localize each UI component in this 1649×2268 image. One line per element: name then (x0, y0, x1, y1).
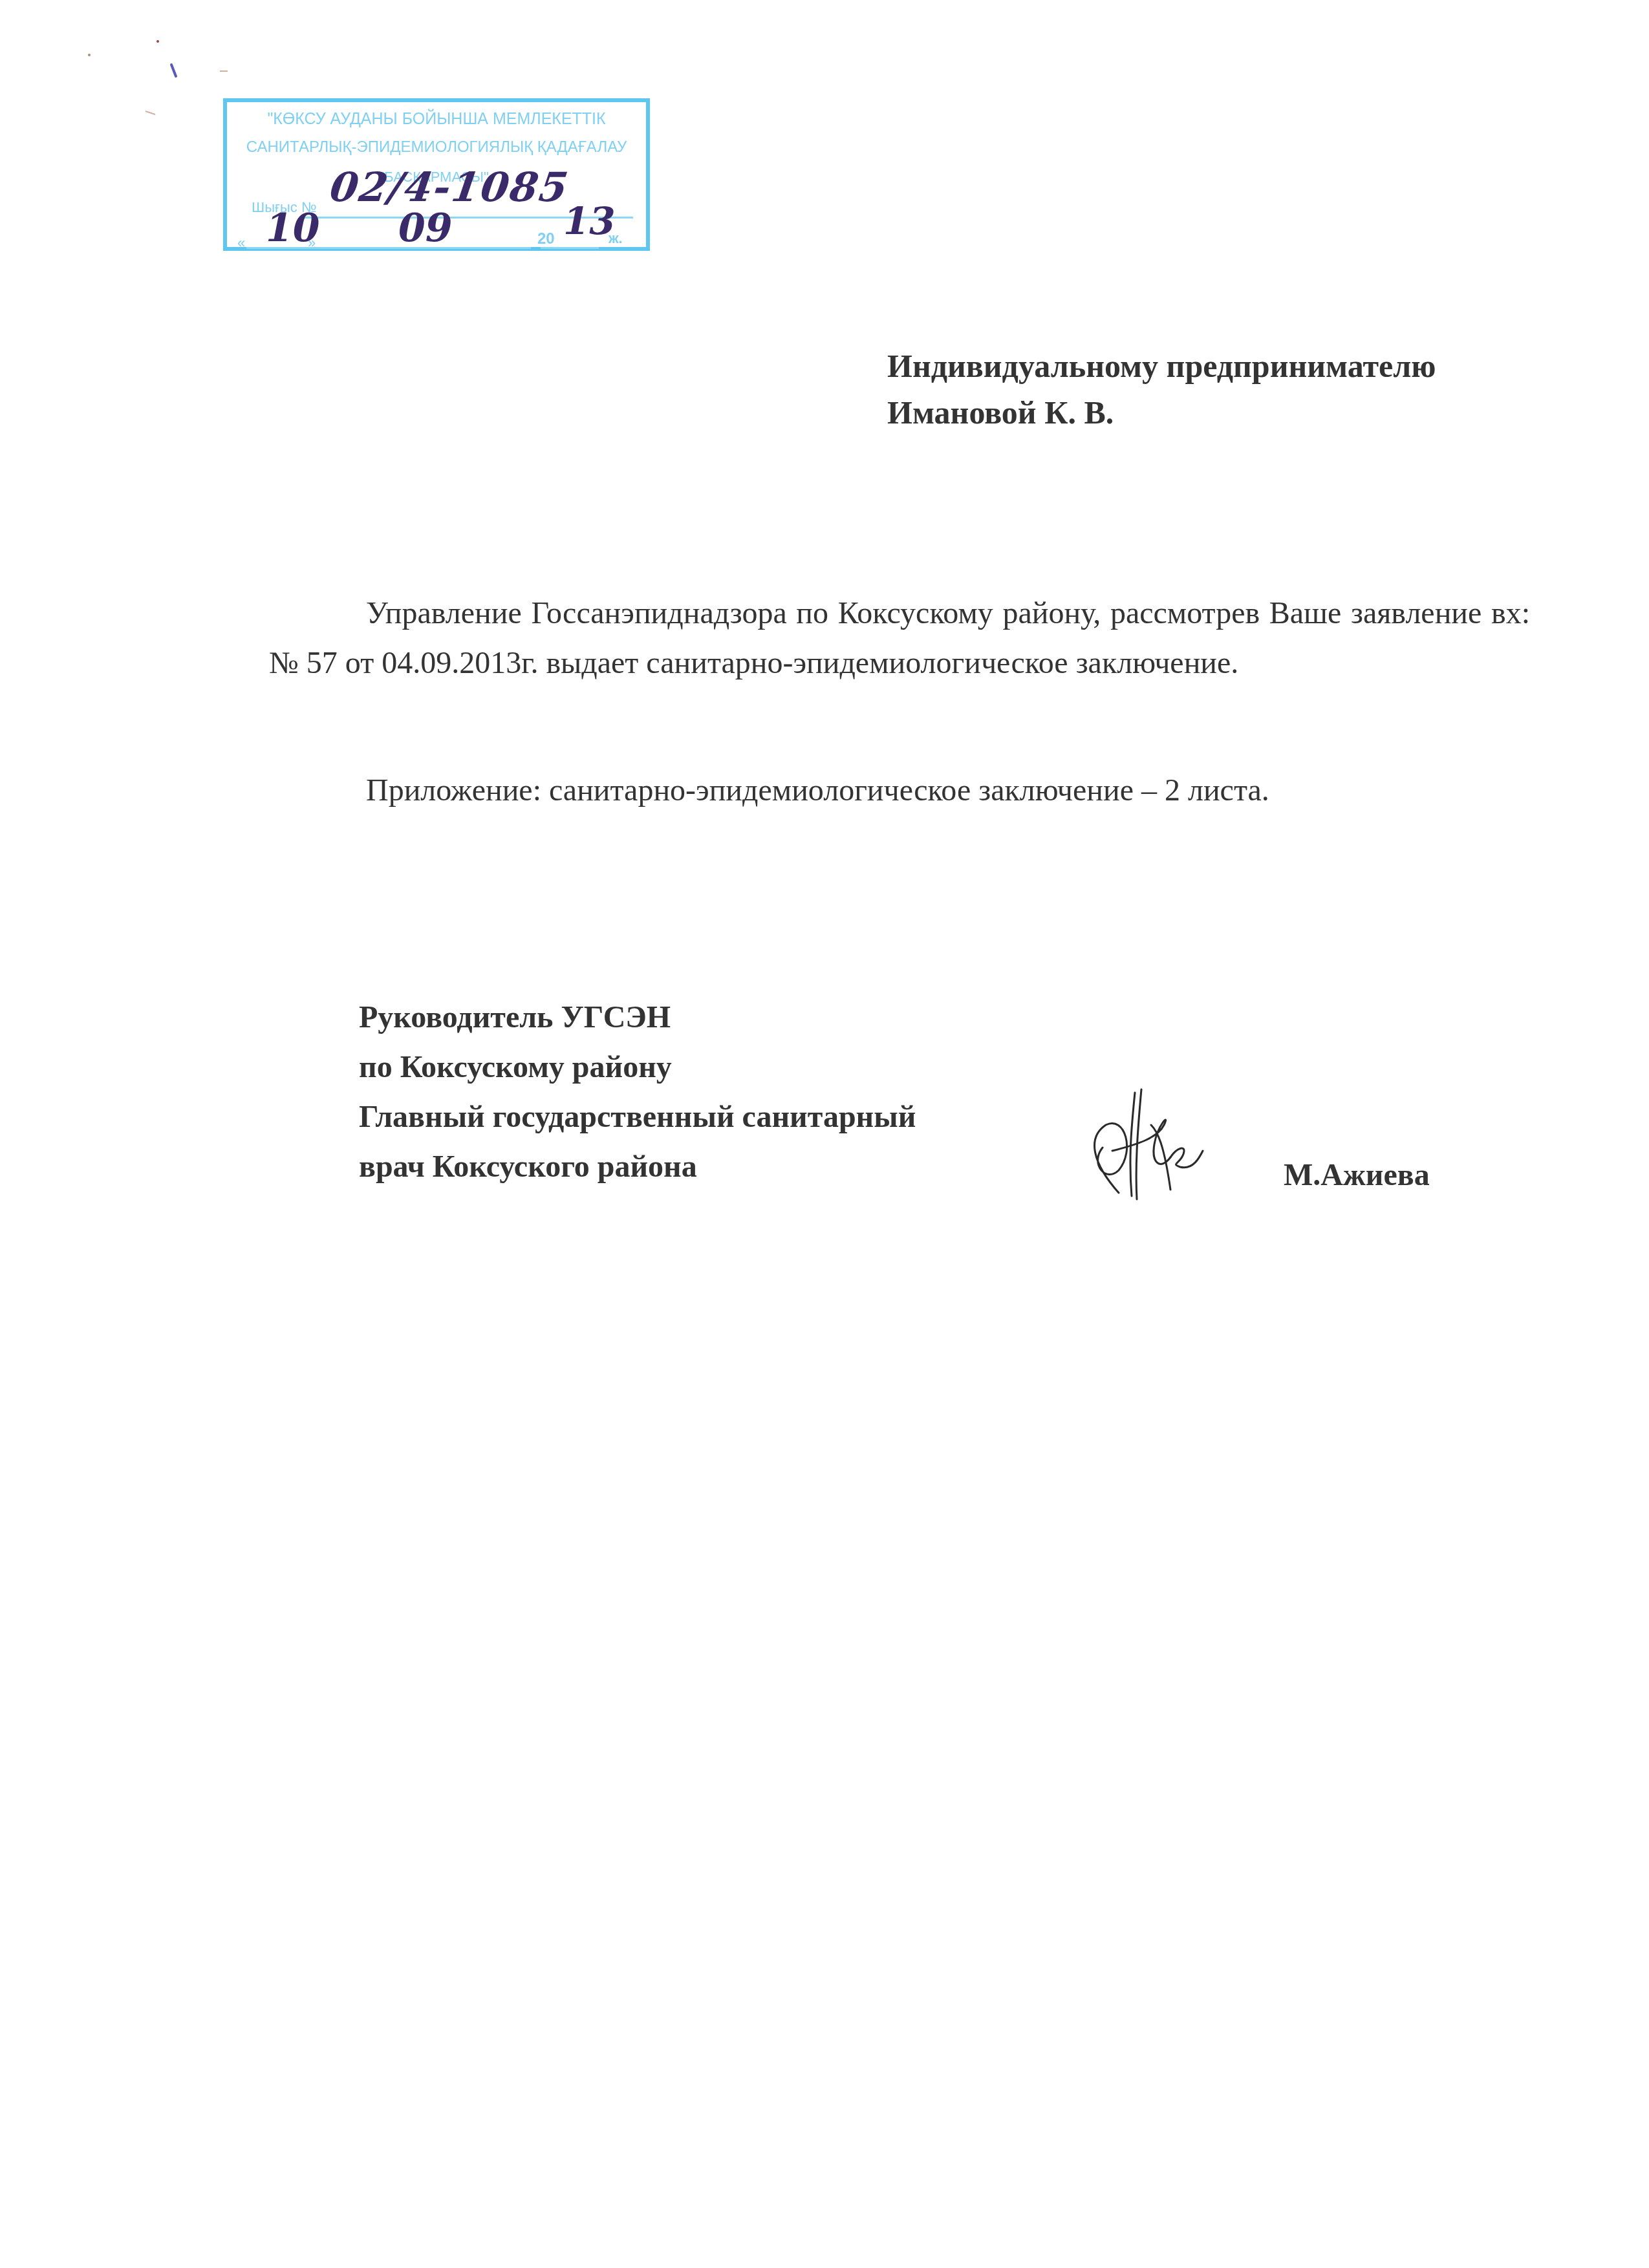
signatory-block: Руководитель УГСЭН по Коксускому району … (359, 992, 916, 1192)
signer-name: М.Ажиева (1284, 1157, 1430, 1193)
handwritten-month: 09 (398, 206, 453, 251)
addressee-title: Индивидуальному предпринимателю (887, 343, 1436, 389)
stamp-date-underline (246, 247, 531, 249)
stamp-org-line-1: "КӨКСУ АУДАНЫ БОЙЫНША МЕМЛЕКЕТТІК (227, 110, 646, 129)
addressee-name: Имановой К. В. (887, 389, 1436, 436)
signatory-line-4: врач Коксуского района (359, 1142, 916, 1192)
addressee-block: Индивидуальному предпринимателю Имановой… (887, 343, 1436, 436)
handwritten-reg-number: 02/4-1085 (327, 164, 572, 211)
handwritten-signature-icon (1073, 1086, 1222, 1209)
signatory-line-1: Руководитель УГСЭН (359, 992, 916, 1042)
stamp-quote-open: « (237, 235, 245, 251)
stamp-year-prefix: 20 (537, 230, 555, 248)
body-paragraph: Управление Госсанэпиднадзора по Коксуско… (269, 588, 1530, 688)
signatory-line-3: Главный государственный санитарный (359, 1092, 916, 1142)
letter-body: Управление Госсанэпиднадзора по Коксуско… (269, 588, 1530, 688)
stamp-org-line-2: САНИТАРЛЫҚ-ЭПИДЕМИОЛОГИЯЛЫҚ ҚАДАҒАЛАУ (227, 138, 646, 156)
stamp-quote-close: » (308, 235, 316, 251)
signatory-line-2: по Коксускому району (359, 1042, 916, 1092)
handwritten-year: 13 (563, 199, 616, 243)
stamp-year-suffix: ж. (609, 230, 623, 247)
stamp-year-underline (541, 247, 599, 249)
registration-stamp: "КӨКСУ АУДАНЫ БОЙЫНША МЕМЛЕКЕТТІК САНИТА… (223, 98, 650, 251)
appendix-note: Приложение: санитарно-эпидемиологическое… (366, 773, 1269, 808)
